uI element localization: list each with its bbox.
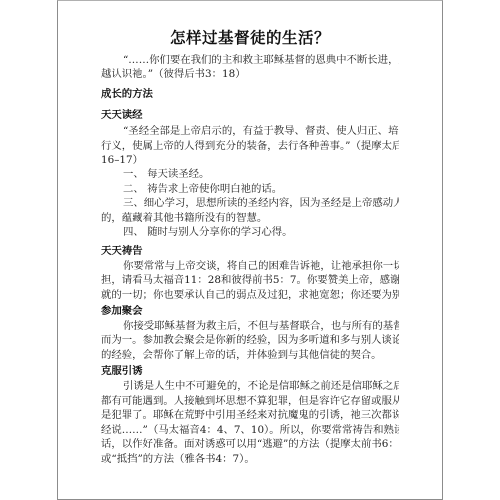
list-item: 二、 祷告求上帝使你明白祂的话。	[101, 182, 399, 196]
page-title: 怎样过基督徒的生活？	[58, 26, 442, 48]
section-line: 你接受耶稣基督为救主后，不但与基督联合，也与所有的基督徒合	[101, 319, 399, 333]
section-line: 而为一。参加教会聚会是你新的经验，因为多听道和多与别人谈论属灵	[101, 333, 399, 347]
intro-quote-line: 越认识祂。”（彼得后书3：18）	[101, 67, 399, 81]
section-line: 担，请看马太福音11：28和彼得前书5：7。你要赞美上帝，感谢祂为你成	[101, 273, 399, 287]
section-heading-read-bible: 天天读经	[101, 108, 143, 122]
intro-quote-line: “……你们要在我们的主和救主耶稣基督的恩典中不断长进，越来	[101, 53, 399, 67]
section-line: 就的一切；你也要承认自己的弱点及过犯，求祂宽恕；你还要为别人祷告。	[101, 288, 399, 302]
section-line: 经说……”（马太福音4：4、7、10）。所以，你要常常祷告和熟读上帝的	[101, 423, 399, 437]
document-page: 怎样过基督徒的生活？ “……你们要在我们的主和救主耶稣基督的恩典中不断长进，越来…	[57, 0, 443, 500]
list-item: 四、 随时与别人分享你的学习心得。	[101, 225, 399, 239]
section-line: 行义，使属上帝的人得到充分的装备，去行各种善事。”（提摩太后书3：	[101, 139, 399, 153]
list-item-continuation: 的，蕴藏着其他书籍所没有的智慧。	[101, 211, 399, 225]
section-line: “圣经全部是上帝启示的，有益于教导、督责、使人归正、培养人	[101, 124, 399, 138]
section-line: 都有可能遇到。人接触到坏思想不算犯罪，但是容许它存留或服从它就	[101, 394, 399, 408]
list-item: 三、细心学习，思想所读的圣经内容，因为圣经是上帝感动人写下	[101, 196, 399, 210]
methods-heading: 成长的方法	[101, 87, 153, 101]
section-line: 你要常常与上帝交谈，将自己的困难告诉祂，让祂承担你一切的重	[101, 259, 399, 273]
section-line: 话，以作好准备。面对诱惑可以用“逃避”的方法（提摩太前书6：11），	[101, 437, 399, 451]
list-item: 一、 每天读圣经。	[101, 167, 399, 181]
section-heading-temptation: 克服引诱	[101, 364, 143, 378]
section-line: 是犯罪了。耶稣在荒野中引用圣经来对抗魔鬼的引诱，祂三次都说：“圣	[101, 408, 399, 422]
section-line: 或“抵挡”的方法（雅各书4：7）。	[101, 452, 399, 466]
section-heading-pray: 天天祷告	[101, 244, 143, 258]
section-line: 的经验，会帮你了解上帝的话，并体验到与其他信徒的契合。	[101, 348, 399, 362]
section-line: 16–17）	[101, 153, 399, 167]
section-heading-fellowship: 参加聚会	[101, 304, 143, 318]
section-line: 引诱是人生中不可避免的，不论是信耶稣之前还是信耶稣之后，你	[101, 379, 399, 393]
